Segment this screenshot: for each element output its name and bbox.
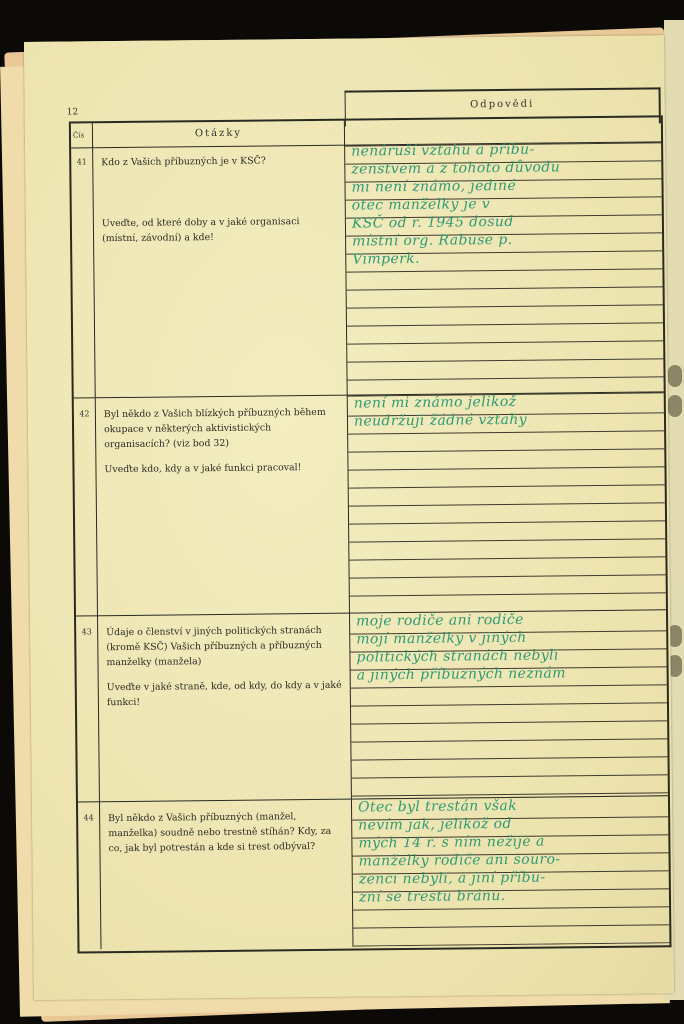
question-number: 42 xyxy=(74,397,98,615)
answer-field[interactable]: není mi známo jelikož neudržuji žádné vz… xyxy=(348,391,666,612)
question-text: Byl někdo z Vašich blízkých příbuzných b… xyxy=(96,395,350,616)
instruction: Uveďte, od které doby a v jaké organisac… xyxy=(102,214,337,246)
handwritten-answer: Otec byl trestán však nevím jak, jelikož… xyxy=(352,795,669,906)
question: Byl někdo z Vašich blízkých příbuzných b… xyxy=(104,405,339,452)
question: Údaje o členství v jiných politických st… xyxy=(106,623,341,670)
answer-field[interactable]: nenáruší vztahu a příbu- zenstvem a z to… xyxy=(345,139,664,394)
question-row-44: 44 Byl někdo z Vašich příbuzných (manžel… xyxy=(78,795,670,949)
question: Kdo z Vašich příbuzných je v KSČ? xyxy=(101,153,336,170)
handwritten-answer: není mi známo jelikož neudržuji žádné vz… xyxy=(348,391,664,430)
instruction: Uveďte kdo, kdy a v jaké funkci pracoval… xyxy=(104,460,339,477)
questionnaire-table: Odpovědi Čís Otázky 41 Kdo z Vašich příb… xyxy=(69,115,672,953)
question-text: Údaje o členství v jiných politických st… xyxy=(98,613,352,802)
page-number: 12 xyxy=(67,107,79,117)
question-text: Byl někdo z Vašich příbuzných (manžel, m… xyxy=(100,799,354,950)
question-number: 41 xyxy=(71,145,96,397)
answer-field[interactable]: moje rodiče ani rodiče mojí manželky v j… xyxy=(350,609,668,798)
number-column-header: Čís xyxy=(71,123,93,147)
question-row-41: 41 Kdo z Vašich příbuzných je v KSČ? Uve… xyxy=(71,139,664,398)
handwritten-answer: moje rodiče ani rodiče mojí manželky v j… xyxy=(350,609,667,684)
question-number: 44 xyxy=(78,801,102,949)
question-text: Kdo z Vašich příbuzných je v KSČ? Uveďte… xyxy=(93,143,348,398)
punch-hole xyxy=(668,395,682,417)
question-row-43: 43 Údaje o členství v jiných politických… xyxy=(76,609,668,802)
punch-hole xyxy=(668,365,682,387)
answer-field[interactable]: Otec byl trestán však nevím jak, jelikož… xyxy=(352,795,670,946)
question-number: 43 xyxy=(76,615,100,801)
instruction: Uveďte v jaké straně, kde, od kdy, do kd… xyxy=(107,678,342,710)
question: Byl někdo z Vašich příbuzných (manžel, m… xyxy=(108,809,343,856)
handwritten-answer: nenáruší vztahu a příbu- zenstvem a z to… xyxy=(345,139,662,268)
question-row-42: 42 Byl někdo z Vašich blízkých příbuznýc… xyxy=(74,391,666,616)
form-page: 12 Odpovědi Čís Otázky 41 Kdo z Vašich p… xyxy=(24,35,674,1000)
